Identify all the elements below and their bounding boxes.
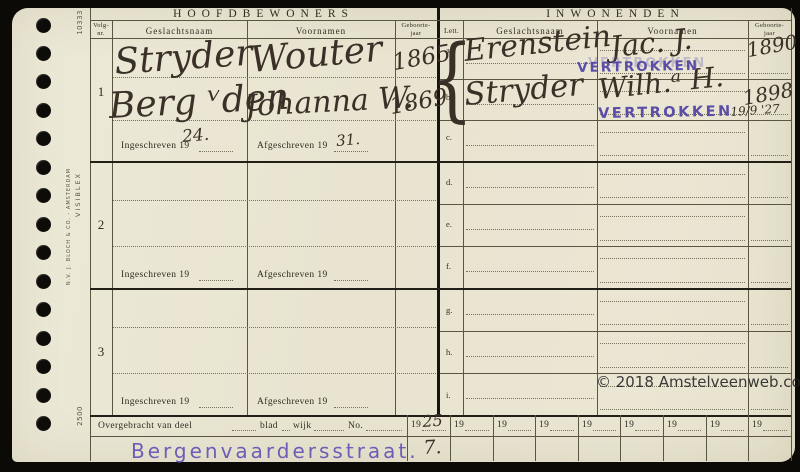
punch-hole [36,131,51,146]
year-cell: 19 [667,420,677,430]
vertrokken-stamp-b: VERTROKKEN [598,104,733,122]
year-cell: 19 [539,420,549,430]
dotted-guide [600,216,745,217]
punch-hole [36,18,51,33]
dotted-guide [593,430,616,431]
copyright-watermark: © 2018 Amstelveenweb.com [596,373,800,391]
afgeschreven-label-2: Afgeschreven 19 [257,270,328,280]
printer-company: N.V. J. BLOCH & CO. - AMSTERDAM [66,168,72,285]
dotted-guide [763,430,787,431]
grid-line [663,415,664,461]
column-header-volgnr-line2: nr. [97,30,105,37]
punch-hole [36,274,51,289]
dotted-guide [550,430,574,431]
dotted-guide [600,174,745,175]
dotted-guide [751,367,788,368]
ingeschreven-label-2: Ingeschreven 19 [121,270,190,280]
grid-line [706,415,707,461]
grid-line [90,288,791,290]
dotted-guide [751,155,788,156]
dotted-guide [466,356,594,357]
wijk-label: wijk [293,421,312,431]
dotted-guide [314,430,344,431]
dotted-guide [113,246,436,247]
lett-label-d: d. [446,177,452,187]
dotted-guide [721,430,744,431]
handwritten-afgeschreven-value: 31. [335,130,360,150]
punch-hole [36,331,51,346]
dotted-guide [282,430,290,431]
lett-label-e: e. [446,219,452,229]
punch-hole [36,416,51,431]
grid-line [440,204,791,205]
dotted-guide [199,280,233,281]
dotted-guide [466,187,594,188]
dotted-guide [366,430,402,431]
geboortejaar-line1: Geboorte- [755,22,784,29]
punch-hole [36,160,51,175]
dotted-guide [635,430,659,431]
row-number-2: 2 [94,217,108,233]
dotted-guide [751,409,788,410]
dotted-guide [751,282,788,283]
geboortejaar-line2: jaar [411,30,422,37]
dotted-guide [751,240,788,241]
vertrokken-stamp-a: VERTROKKEN [577,58,699,76]
blad-label: blad [260,421,278,431]
dotted-guide [600,367,745,368]
punch-hole [36,388,51,403]
dotted-guide [600,409,745,410]
dotted-guide [678,430,701,431]
dotted-guide [751,324,788,325]
serial-number-top: 10333 [76,10,84,35]
street-name-stamp: Bergenvaardersstraat. [131,439,419,463]
left-section-title: HOOFDBEWONERS [90,8,437,20]
handwritten-house-number: 7. [423,436,442,459]
dotted-guide [600,324,745,325]
grid-line [395,20,396,415]
punch-hole [36,302,51,317]
dotted-guide [751,197,788,198]
punch-hole [36,188,51,203]
dotted-guide [751,73,788,74]
dotted-guide [600,197,745,198]
column-header-volgnr: Volg- nr. [90,22,112,37]
grid-line [578,415,579,461]
dotted-guide [232,430,256,431]
dotted-guide [600,301,745,302]
dotted-guide [466,271,594,272]
lett-label-c: c. [446,132,452,142]
printer-name: VISIBLEX [74,172,82,217]
dotted-guide [113,327,436,328]
registration-card-scan: 10333 VISIBLEX N.V. J. BLOCH & CO. - AMS… [0,0,800,472]
dotted-guide [113,200,436,201]
dotted-guide [113,373,436,374]
dotted-guide [508,430,531,431]
no-label: No. [348,421,363,431]
dotted-guide [600,343,745,344]
dotted-guide [466,314,594,315]
year-cell: 19 [752,420,762,430]
dotted-guide [600,155,745,156]
handwritten-year-value: 25 [422,411,444,431]
grid-line [440,331,791,332]
punch-hole [36,359,51,374]
lett-label-f: f. [446,261,451,271]
lett-label-h: h. [446,347,452,357]
grid-line [791,8,792,461]
grid-line [450,415,451,461]
ingeschreven-label-1: Ingeschreven 19 [121,141,190,151]
lett-label-g: g. [446,305,452,315]
dotted-guide [600,240,745,241]
grid-line [440,246,791,247]
year-cell: 19 [710,420,720,430]
handwritten-ingeschreven-value: 24. [181,125,210,147]
grid-line [620,415,621,461]
year-cell-prefix: 19 [411,420,421,430]
lett-label-i: i. [446,390,451,400]
column-header-volgnr-line1: Volg- [93,22,109,29]
dotted-guide [600,282,745,283]
row-number-1: 1 [94,84,108,100]
afgeschreven-label-3: Afgeschreven 19 [257,397,328,407]
right-section-title: INWONENDEN [440,8,791,20]
dotted-guide [334,407,368,408]
year-cell: 19 [497,420,507,430]
dotted-guide [465,430,489,431]
grid-line [535,415,536,461]
serial-number-bottom: 2500 [76,406,84,426]
overgebracht-label: Overgebracht van deel [98,421,192,431]
punch-hole [36,245,51,260]
geboortejaar-line1: Geboorte- [401,22,430,29]
grid-line [748,415,749,461]
punch-hole [36,46,51,61]
punch-hole [36,217,51,232]
year-cell: 19 [454,420,464,430]
dotted-guide [466,229,594,230]
dotted-guide [600,258,745,259]
grid-line [493,415,494,461]
dotted-guide [466,398,594,399]
year-cell: 19 [582,420,592,430]
ingeschreven-label-3: Ingeschreven 19 [121,397,190,407]
grid-line [112,20,113,415]
grid-line [90,161,791,163]
year-cell: 19 [624,420,634,430]
row-number-3: 3 [94,344,108,360]
dotted-guide [199,407,233,408]
grid-line [90,8,91,461]
punch-hole [36,74,51,89]
dotted-guide [334,151,368,152]
dotted-guide [334,280,368,281]
dotted-guide [600,132,745,133]
afgeschreven-label-1: Afgeschreven 19 [257,141,328,151]
dotted-guide [466,145,594,146]
grid-line [90,20,791,21]
punch-hole [36,103,51,118]
dotted-guide [199,151,233,152]
